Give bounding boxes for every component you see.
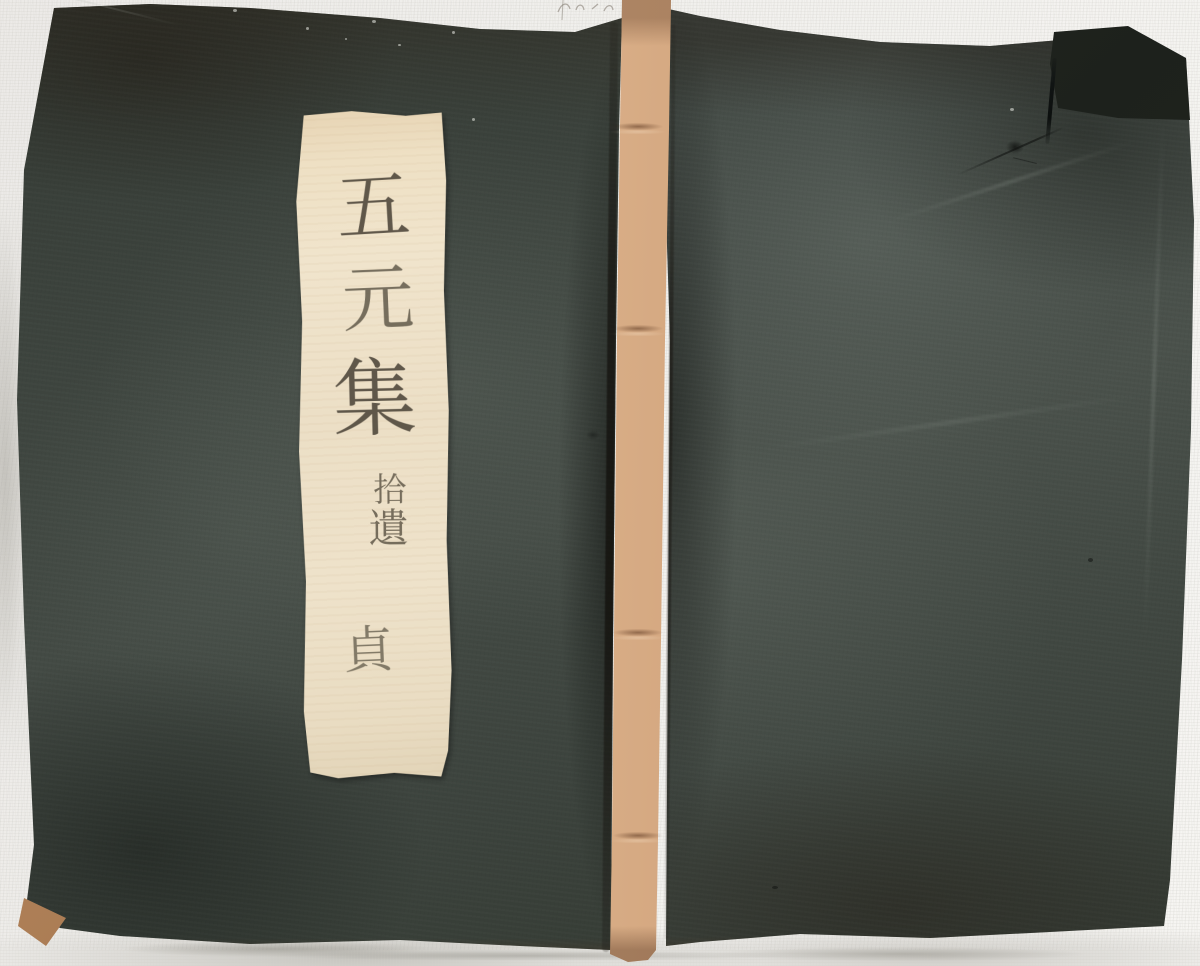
paper-speck xyxy=(1010,108,1014,111)
title-label-wrap: 五 元 集 拾 遺 貞 xyxy=(294,110,457,779)
cover-hole xyxy=(1006,140,1024,154)
paper-speck xyxy=(398,44,401,46)
cover-stain xyxy=(586,430,600,440)
pencil-scribble xyxy=(552,0,652,18)
paper-speck xyxy=(372,20,376,23)
binding-stitch-mark xyxy=(606,324,670,336)
title-label: 五 元 集 拾 遺 貞 xyxy=(294,110,457,779)
subtitle-char: 拾 xyxy=(373,473,406,506)
paper-speck xyxy=(306,27,309,30)
title-char: 五 xyxy=(334,168,412,246)
paper-speck xyxy=(472,118,475,121)
volume-char: 貞 xyxy=(342,624,394,676)
paper-speck xyxy=(452,31,455,34)
title-char: 元 xyxy=(341,261,416,336)
book: 五 元 集 拾 遺 貞 xyxy=(0,0,1200,966)
binding-stitch-mark xyxy=(606,831,670,843)
book-shadow xyxy=(180,950,880,964)
cover-stain xyxy=(772,886,778,889)
binding-stitch-mark xyxy=(606,628,670,640)
photograph: 五 元 集 拾 遺 貞 xyxy=(0,0,1200,966)
title-char: 集 xyxy=(332,356,418,442)
paper-speck xyxy=(233,9,237,12)
paper-speck xyxy=(345,38,347,40)
subtitle-char: 遺 xyxy=(368,509,408,549)
cover-stain xyxy=(1088,558,1093,562)
